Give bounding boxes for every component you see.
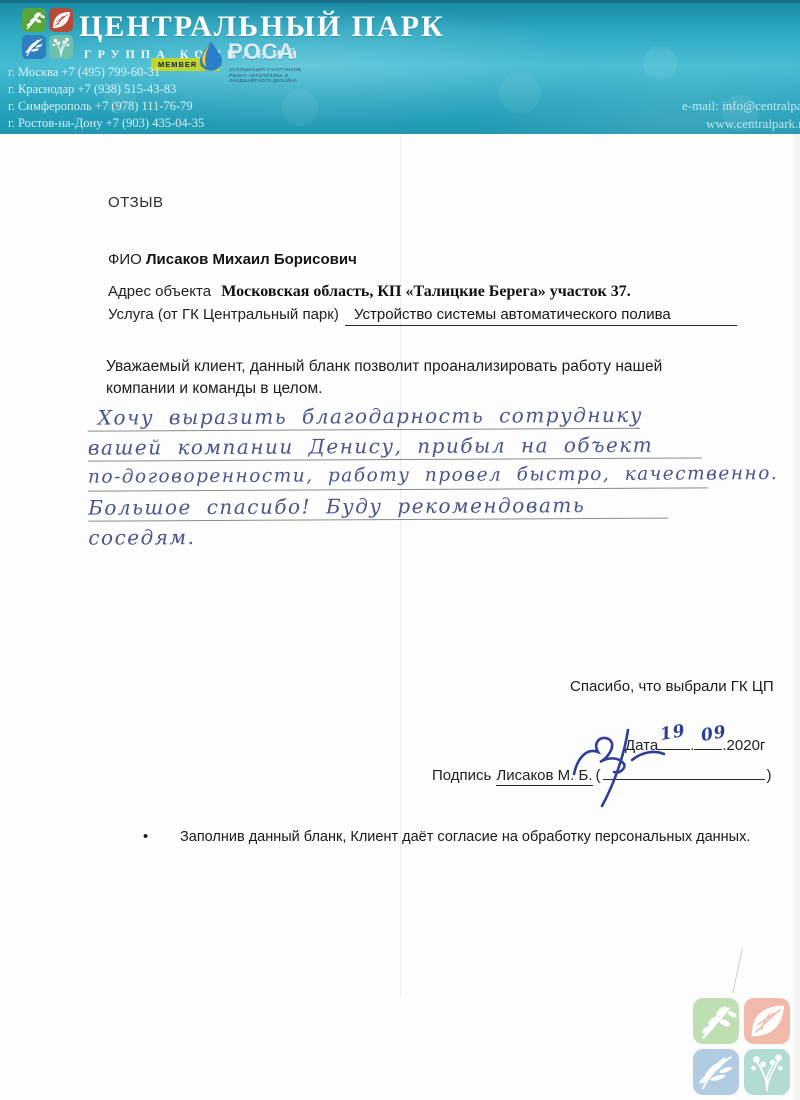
scan-fold-line	[400, 135, 401, 995]
service-label: Услуга (от ГК Центральный парк)	[108, 306, 339, 323]
form-title: ОТЗЫВ	[108, 194, 164, 211]
handwritten-signature	[558, 722, 678, 808]
blue-fern-icon	[22, 35, 46, 59]
contact-phone-list: г. Москва +7 (495) 799-60-31 г. Краснода…	[8, 64, 204, 132]
handwritten-line: по-договоренности, работу провел быстро,…	[88, 460, 728, 493]
letterhead-header: ЦЕНТРАЛЬНЫЙ ПАРК ГРУППА КОМПАНИЙ MEMBER …	[0, 0, 800, 134]
fio-label: ФИО	[108, 251, 142, 268]
fio-value: Лисаков Михаил Борисович	[146, 251, 357, 268]
green-sprig-icon	[22, 8, 46, 32]
contact-web-block: e-mail: info@centralpark.ru www.centralp…	[682, 97, 800, 132]
service-value-field: Устройство системы автоматического полив…	[345, 306, 737, 326]
handwritten-review: Хочу выразить благодарность сотруднику в…	[88, 400, 729, 553]
fio-line: ФИО Лисаков Михаил Борисович	[108, 251, 357, 268]
scan-edge-shadow	[794, 134, 800, 1100]
address-value: Московская область, КП «Талицкие Берега»…	[221, 283, 631, 300]
blue-fern-icon	[693, 1049, 739, 1095]
email-address: e-mail: info@centralpark.ru	[682, 97, 800, 115]
green-sprig-icon	[693, 998, 739, 1044]
salmon-leaf-icon	[744, 998, 790, 1044]
contact-phone-simferopol: г. Симферополь +7 (978) 111-76-79	[8, 98, 204, 115]
consent-text: Заполнив данный бланк, Клиент даёт согла…	[180, 829, 750, 845]
scan-scratch-mark	[732, 948, 743, 993]
consent-footnote: •Заполнив данный бланк, Клиент даёт согл…	[143, 829, 750, 845]
rosa-tagline-line: АССОЦИАЦИЯ УЧАСТНИКОВ	[229, 67, 301, 73]
contact-phone-moscow: г. Москва +7 (495) 799-60-31	[8, 64, 204, 81]
address-label: Адрес объекта	[108, 283, 211, 300]
contact-phone-rostov: г. Ростов-на-Дону +7 (903) 435-04-35	[8, 115, 204, 132]
teal-berries-icon	[744, 1049, 790, 1095]
handwritten-line: вашей компании Денису, прибыл на объект	[88, 430, 728, 463]
website-address: www.centralpark.ru	[682, 115, 800, 133]
paren-close: )	[767, 767, 772, 784]
teal-berries-icon	[49, 35, 73, 59]
red-leaf-icon	[49, 8, 73, 32]
watermark-logo	[693, 998, 790, 1095]
handwritten-line: Хочу выразить благодарность сотруднику	[88, 400, 728, 433]
intro-paragraph: Уважаемый клиент, данный бланк позволит …	[106, 356, 718, 400]
scanned-feedback-form: ЦЕНТРАЛЬНЫЙ ПАРК ГРУППА КОМПАНИЙ MEMBER …	[0, 0, 800, 1100]
service-line: Услуга (от ГК Центральный парк) Устройст…	[108, 306, 737, 326]
contact-phone-krasnodar: г. Краснодар +7 (938) 515-43-83	[8, 81, 204, 98]
rosa-tagline: АССОЦИАЦИЯ УЧАСТНИКОВ РЫНКА АВТОПОЛИВА И…	[229, 67, 301, 84]
rosa-wordmark: РОСА	[228, 39, 295, 65]
handwritten-line: соседям.	[88, 520, 728, 553]
company-logo	[22, 8, 73, 59]
rosa-tagline-line: ЛАНДШАФТНОГО ДИЗАЙНА	[229, 78, 301, 84]
date-year: .2020г	[722, 737, 765, 754]
handwritten-line: Большое спасибо! Буду рекомендовать	[88, 490, 728, 523]
address-line: Адрес объекта Московская область, КП «Та…	[108, 283, 631, 301]
bullet-icon: •	[143, 829, 180, 845]
thanks-text: Спасибо, что выбрали ГК ЦП	[570, 678, 774, 695]
signature-label: Подпись	[432, 767, 491, 784]
